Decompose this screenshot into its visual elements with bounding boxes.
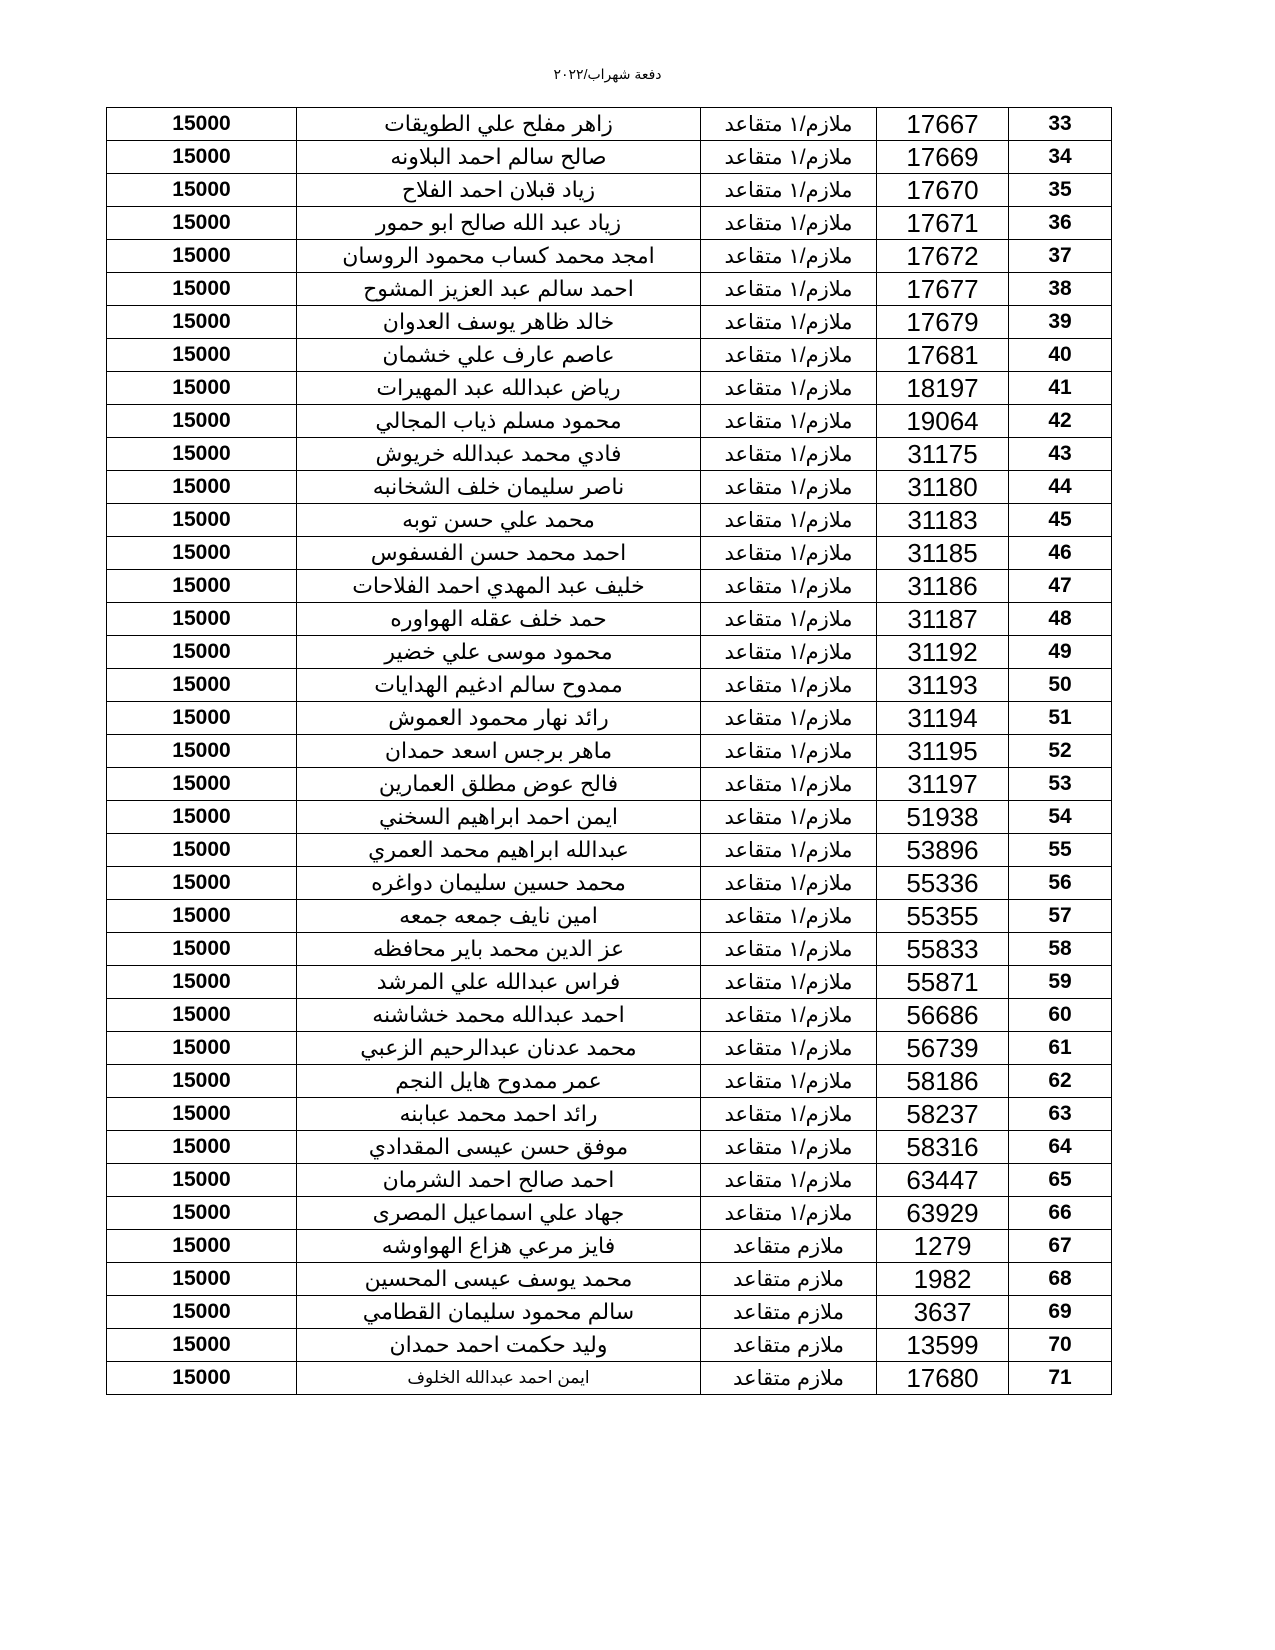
table-row: 15000فراس عبدالله علي المرشدملازم/١ متقا… (107, 966, 1112, 999)
amount-cell: 15000 (107, 1362, 297, 1395)
name-cell: حمد خلف عقله الهواوره (297, 603, 701, 636)
military-number-cell: 17681 (877, 339, 1009, 372)
military-number-cell: 17671 (877, 207, 1009, 240)
table-row: 15000ايمن احمد عبدالله الخلوفملازم متقاع… (107, 1362, 1112, 1395)
amount-cell: 15000 (107, 999, 297, 1032)
name-cell: عبدالله ابراهيم محمد العمري (297, 834, 701, 867)
table-row: 15000عمر ممدوح هايل النجمملازم/١ متقاعد5… (107, 1065, 1112, 1098)
name-cell: موفق حسن عيسى المقدادي (297, 1131, 701, 1164)
amount-cell: 15000 (107, 471, 297, 504)
name-cell: ماهر برجس اسعد حمدان (297, 735, 701, 768)
table-row: 15000جهاد علي اسماعيل المصرىملازم/١ متقا… (107, 1197, 1112, 1230)
rank-cell: ملازم/١ متقاعد (701, 240, 877, 273)
rank-cell: ملازم/١ متقاعد (701, 603, 877, 636)
amount-cell: 15000 (107, 1164, 297, 1197)
name-cell: فادي محمد عبدالله خريوش (297, 438, 701, 471)
military-number-cell: 63447 (877, 1164, 1009, 1197)
sequence-number-cell: 57 (1009, 900, 1112, 933)
table-row: 15000وليد حكمت احمد حمدانملازم متقاعد135… (107, 1329, 1112, 1362)
table-row: 15000محمد يوسف عيسى المحسينملازم متقاعد1… (107, 1263, 1112, 1296)
rank-cell: ملازم/١ متقاعد (701, 471, 877, 504)
name-cell: محمد عدنان عبدالرحيم الزعبي (297, 1032, 701, 1065)
military-number-cell: 31192 (877, 636, 1009, 669)
sequence-number-cell: 42 (1009, 405, 1112, 438)
name-cell: رياض عبدالله عبد المهيرات (297, 372, 701, 405)
sequence-number-cell: 49 (1009, 636, 1112, 669)
amount-cell: 15000 (107, 1032, 297, 1065)
rank-cell: ملازم متقاعد (701, 1362, 877, 1395)
rank-cell: ملازم/١ متقاعد (701, 438, 877, 471)
table-row: 15000زياد قبلان احمد الفلاحملازم/١ متقاع… (107, 174, 1112, 207)
name-cell: احمد سالم عبد العزيز المشوح (297, 273, 701, 306)
rank-cell: ملازم/١ متقاعد (701, 108, 877, 141)
name-cell: فراس عبدالله علي المرشد (297, 966, 701, 999)
table-row: 15000فادي محمد عبدالله خريوشملازم/١ متقا… (107, 438, 1112, 471)
amount-cell: 15000 (107, 1329, 297, 1362)
military-number-cell: 17672 (877, 240, 1009, 273)
military-number-cell: 56739 (877, 1032, 1009, 1065)
rank-cell: ملازم/١ متقاعد (701, 339, 877, 372)
rank-cell: ملازم/١ متقاعد (701, 702, 877, 735)
military-number-cell: 18197 (877, 372, 1009, 405)
name-cell: محمد يوسف عيسى المحسين (297, 1263, 701, 1296)
name-cell: رائد احمد محمد عبابنه (297, 1098, 701, 1131)
military-number-cell: 31195 (877, 735, 1009, 768)
military-number-cell: 31187 (877, 603, 1009, 636)
sequence-number-cell: 43 (1009, 438, 1112, 471)
military-number-cell: 55833 (877, 933, 1009, 966)
table-row: 15000ايمن احمد ابراهيم السخنيملازم/١ متق… (107, 801, 1112, 834)
amount-cell: 15000 (107, 702, 297, 735)
rank-cell: ملازم/١ متقاعد (701, 669, 877, 702)
table-row: 15000احمد محمد حسن الفسفوسملازم/١ متقاعد… (107, 537, 1112, 570)
table-row: 15000امين نايف جمعه جمعهملازم/١ متقاعد55… (107, 900, 1112, 933)
table-row: 15000امجد محمد كساب محمود الروسانملازم/١… (107, 240, 1112, 273)
amount-cell: 15000 (107, 636, 297, 669)
military-number-cell: 31175 (877, 438, 1009, 471)
sequence-number-cell: 58 (1009, 933, 1112, 966)
amount-cell: 15000 (107, 273, 297, 306)
rank-cell: ملازم/١ متقاعد (701, 1098, 877, 1131)
table-row: 15000احمد سالم عبد العزيز المشوحملازم/١ … (107, 273, 1112, 306)
sequence-number-cell: 52 (1009, 735, 1112, 768)
sequence-number-cell: 69 (1009, 1296, 1112, 1329)
rank-cell: ملازم/١ متقاعد (701, 900, 877, 933)
military-number-cell: 17670 (877, 174, 1009, 207)
rank-cell: ملازم/١ متقاعد (701, 735, 877, 768)
rank-cell: ملازم/١ متقاعد (701, 636, 877, 669)
name-cell: امجد محمد كساب محمود الروسان (297, 240, 701, 273)
amount-cell: 15000 (107, 900, 297, 933)
table-row: 15000فالح عوض مطلق العمارينملازم/١ متقاع… (107, 768, 1112, 801)
table-row: 15000محمد عدنان عبدالرحيم الزعبيملازم/١ … (107, 1032, 1112, 1065)
military-number-cell: 51938 (877, 801, 1009, 834)
sequence-number-cell: 53 (1009, 768, 1112, 801)
amount-cell: 15000 (107, 504, 297, 537)
table-row: 15000صالح سالم احمد البلاونهملازم/١ متقا… (107, 141, 1112, 174)
military-number-cell: 17679 (877, 306, 1009, 339)
page-title: دفعة شهراب/٢٠٢٢ (0, 66, 1215, 83)
table-row: 15000رائد نهار محمود العموشملازم/١ متقاع… (107, 702, 1112, 735)
amount-cell: 15000 (107, 966, 297, 999)
military-number-cell: 17680 (877, 1362, 1009, 1395)
table-row: 15000رائد احمد محمد عبابنهملازم/١ متقاعد… (107, 1098, 1112, 1131)
military-number-cell: 17669 (877, 141, 1009, 174)
rank-cell: ملازم متقاعد (701, 1329, 877, 1362)
name-cell: محمد علي حسن توبه (297, 504, 701, 537)
amount-cell: 15000 (107, 339, 297, 372)
amount-cell: 15000 (107, 306, 297, 339)
military-number-cell: 19064 (877, 405, 1009, 438)
amount-cell: 15000 (107, 1230, 297, 1263)
military-number-cell: 31186 (877, 570, 1009, 603)
sequence-number-cell: 67 (1009, 1230, 1112, 1263)
amount-cell: 15000 (107, 834, 297, 867)
military-number-cell: 31194 (877, 702, 1009, 735)
military-number-cell: 1982 (877, 1263, 1009, 1296)
amount-cell: 15000 (107, 867, 297, 900)
rank-cell: ملازم/١ متقاعد (701, 1065, 877, 1098)
table-row: 15000محمود مسلم ذياب المجاليملازم/١ متقا… (107, 405, 1112, 438)
amount-cell: 15000 (107, 768, 297, 801)
sequence-number-cell: 46 (1009, 537, 1112, 570)
amount-cell: 15000 (107, 372, 297, 405)
table-row: 15000موفق حسن عيسى المقداديملازم/١ متقاع… (107, 1131, 1112, 1164)
name-cell: ايمن احمد ابراهيم السخني (297, 801, 701, 834)
sequence-number-cell: 50 (1009, 669, 1112, 702)
amount-cell: 15000 (107, 1065, 297, 1098)
table-row: 15000عبدالله ابراهيم محمد العمريملازم/١ … (107, 834, 1112, 867)
name-cell: عز الدين محمد باير محافظه (297, 933, 701, 966)
military-number-cell: 31183 (877, 504, 1009, 537)
sequence-number-cell: 40 (1009, 339, 1112, 372)
sequence-number-cell: 68 (1009, 1263, 1112, 1296)
rank-cell: ملازم/١ متقاعد (701, 273, 877, 306)
sequence-number-cell: 56 (1009, 867, 1112, 900)
table-row: 15000زاهر مفلح علي الطويقاتملازم/١ متقاع… (107, 108, 1112, 141)
sequence-number-cell: 39 (1009, 306, 1112, 339)
military-number-cell: 55355 (877, 900, 1009, 933)
amount-cell: 15000 (107, 669, 297, 702)
amount-cell: 15000 (107, 438, 297, 471)
name-cell: رائد نهار محمود العموش (297, 702, 701, 735)
rank-cell: ملازم/١ متقاعد (701, 174, 877, 207)
military-number-cell: 31185 (877, 537, 1009, 570)
sequence-number-cell: 64 (1009, 1131, 1112, 1164)
name-cell: عاصم عارف علي خشمان (297, 339, 701, 372)
rank-cell: ملازم متقاعد (701, 1230, 877, 1263)
rank-cell: ملازم/١ متقاعد (701, 207, 877, 240)
amount-cell: 15000 (107, 1131, 297, 1164)
sequence-number-cell: 71 (1009, 1362, 1112, 1395)
name-cell: ناصر سليمان خلف الشخانبه (297, 471, 701, 504)
table-row: 15000رياض عبدالله عبد المهيراتملازم/١ مت… (107, 372, 1112, 405)
sequence-number-cell: 55 (1009, 834, 1112, 867)
rank-cell: ملازم/١ متقاعد (701, 306, 877, 339)
military-number-cell: 17677 (877, 273, 1009, 306)
sequence-number-cell: 60 (1009, 999, 1112, 1032)
name-cell: ممدوح سالم ادغيم الهدايات (297, 669, 701, 702)
amount-cell: 15000 (107, 570, 297, 603)
sequence-number-cell: 61 (1009, 1032, 1112, 1065)
table-row: 15000احمد صالح احمد الشرمانملازم/١ متقاع… (107, 1164, 1112, 1197)
roster-table: 15000زاهر مفلح علي الطويقاتملازم/١ متقاع… (106, 107, 1112, 1395)
name-cell: محمد حسين سليمان دواغره (297, 867, 701, 900)
table-row: 15000محمد علي حسن توبهملازم/١ متقاعد3118… (107, 504, 1112, 537)
amount-cell: 15000 (107, 108, 297, 141)
rank-cell: ملازم/١ متقاعد (701, 768, 877, 801)
military-number-cell: 17667 (877, 108, 1009, 141)
table-row: 15000ماهر برجس اسعد حمدانملازم/١ متقاعد3… (107, 735, 1112, 768)
rank-cell: ملازم/١ متقاعد (701, 966, 877, 999)
sequence-number-cell: 59 (1009, 966, 1112, 999)
table-row: 15000حمد خلف عقله الهواورهملازم/١ متقاعد… (107, 603, 1112, 636)
military-number-cell: 53896 (877, 834, 1009, 867)
rank-cell: ملازم متقاعد (701, 1296, 877, 1329)
rank-cell: ملازم/١ متقاعد (701, 1032, 877, 1065)
sequence-number-cell: 38 (1009, 273, 1112, 306)
amount-cell: 15000 (107, 1263, 297, 1296)
amount-cell: 15000 (107, 1197, 297, 1230)
military-number-cell: 31197 (877, 768, 1009, 801)
sequence-number-cell: 63 (1009, 1098, 1112, 1131)
sequence-number-cell: 65 (1009, 1164, 1112, 1197)
sequence-number-cell: 47 (1009, 570, 1112, 603)
amount-cell: 15000 (107, 1296, 297, 1329)
rank-cell: ملازم متقاعد (701, 1263, 877, 1296)
name-cell: محمود مسلم ذياب المجالي (297, 405, 701, 438)
rank-cell: ملازم/١ متقاعد (701, 867, 877, 900)
rank-cell: ملازم/١ متقاعد (701, 141, 877, 174)
name-cell: فالح عوض مطلق العمارين (297, 768, 701, 801)
table-row: 15000محمد حسين سليمان دواغرهملازم/١ متقا… (107, 867, 1112, 900)
sequence-number-cell: 37 (1009, 240, 1112, 273)
sequence-number-cell: 70 (1009, 1329, 1112, 1362)
rank-cell: ملازم/١ متقاعد (701, 405, 877, 438)
military-number-cell: 31193 (877, 669, 1009, 702)
rank-cell: ملازم/١ متقاعد (701, 834, 877, 867)
table-row: 15000فايز مرعي هزاع الهواوشهملازم متقاعد… (107, 1230, 1112, 1263)
military-number-cell: 63929 (877, 1197, 1009, 1230)
sequence-number-cell: 36 (1009, 207, 1112, 240)
sequence-number-cell: 51 (1009, 702, 1112, 735)
name-cell: فايز مرعي هزاع الهواوشه (297, 1230, 701, 1263)
military-number-cell: 58316 (877, 1131, 1009, 1164)
rank-cell: ملازم/١ متقاعد (701, 933, 877, 966)
amount-cell: 15000 (107, 240, 297, 273)
military-number-cell: 58237 (877, 1098, 1009, 1131)
name-cell: زياد قبلان احمد الفلاح (297, 174, 701, 207)
name-cell: عمر ممدوح هايل النجم (297, 1065, 701, 1098)
amount-cell: 15000 (107, 141, 297, 174)
sequence-number-cell: 41 (1009, 372, 1112, 405)
rank-cell: ملازم/١ متقاعد (701, 537, 877, 570)
name-cell: صالح سالم احمد البلاونه (297, 141, 701, 174)
name-cell: خالد ظاهر يوسف العدوان (297, 306, 701, 339)
amount-cell: 15000 (107, 933, 297, 966)
amount-cell: 15000 (107, 1098, 297, 1131)
sequence-number-cell: 44 (1009, 471, 1112, 504)
military-number-cell: 58186 (877, 1065, 1009, 1098)
name-cell: احمد عبدالله محمد خشاشنه (297, 999, 701, 1032)
rank-cell: ملازم/١ متقاعد (701, 504, 877, 537)
military-number-cell: 31180 (877, 471, 1009, 504)
sequence-number-cell: 35 (1009, 174, 1112, 207)
amount-cell: 15000 (107, 801, 297, 834)
name-cell: خليف عبد المهدي احمد الفلاحات (297, 570, 701, 603)
name-cell: جهاد علي اسماعيل المصرى (297, 1197, 701, 1230)
military-number-cell: 1279 (877, 1230, 1009, 1263)
sequence-number-cell: 66 (1009, 1197, 1112, 1230)
military-number-cell: 55336 (877, 867, 1009, 900)
rank-cell: ملازم/١ متقاعد (701, 1164, 877, 1197)
name-cell: ايمن احمد عبدالله الخلوف (297, 1362, 701, 1395)
name-cell: سالم محمود سليمان القطامي (297, 1296, 701, 1329)
sequence-number-cell: 54 (1009, 801, 1112, 834)
name-cell: امين نايف جمعه جمعه (297, 900, 701, 933)
rank-cell: ملازم/١ متقاعد (701, 801, 877, 834)
rank-cell: ملازم/١ متقاعد (701, 1131, 877, 1164)
rank-cell: ملازم/١ متقاعد (701, 1197, 877, 1230)
name-cell: احمد صالح احمد الشرمان (297, 1164, 701, 1197)
amount-cell: 15000 (107, 174, 297, 207)
sequence-number-cell: 62 (1009, 1065, 1112, 1098)
military-number-cell: 3637 (877, 1296, 1009, 1329)
table-row: 15000سالم محمود سليمان القطاميملازم متقا… (107, 1296, 1112, 1329)
table-row: 15000خالد ظاهر يوسف العدوانملازم/١ متقاع… (107, 306, 1112, 339)
amount-cell: 15000 (107, 735, 297, 768)
name-cell: احمد محمد حسن الفسفوس (297, 537, 701, 570)
table-row: 15000محمود موسى علي خضيرملازم/١ متقاعد31… (107, 636, 1112, 669)
sequence-number-cell: 34 (1009, 141, 1112, 174)
amount-cell: 15000 (107, 603, 297, 636)
rank-cell: ملازم/١ متقاعد (701, 570, 877, 603)
amount-cell: 15000 (107, 405, 297, 438)
name-cell: زاهر مفلح علي الطويقات (297, 108, 701, 141)
sequence-number-cell: 48 (1009, 603, 1112, 636)
name-cell: محمود موسى علي خضير (297, 636, 701, 669)
roster-body: 15000زاهر مفلح علي الطويقاتملازم/١ متقاع… (107, 108, 1112, 1395)
table-row: 15000خليف عبد المهدي احمد الفلاحاتملازم/… (107, 570, 1112, 603)
table-row: 15000ناصر سليمان خلف الشخانبهملازم/١ متق… (107, 471, 1112, 504)
table-row: 15000عز الدين محمد باير محافظهملازم/١ مت… (107, 933, 1112, 966)
table-row: 15000احمد عبدالله محمد خشاشنهملازم/١ متق… (107, 999, 1112, 1032)
amount-cell: 15000 (107, 207, 297, 240)
military-number-cell: 55871 (877, 966, 1009, 999)
table-row: 15000ممدوح سالم ادغيم الهداياتملازم/١ مت… (107, 669, 1112, 702)
table-row: 15000عاصم عارف علي خشمانملازم/١ متقاعد17… (107, 339, 1112, 372)
sequence-number-cell: 33 (1009, 108, 1112, 141)
sequence-number-cell: 45 (1009, 504, 1112, 537)
name-cell: وليد حكمت احمد حمدان (297, 1329, 701, 1362)
rank-cell: ملازم/١ متقاعد (701, 372, 877, 405)
military-number-cell: 56686 (877, 999, 1009, 1032)
military-number-cell: 13599 (877, 1329, 1009, 1362)
rank-cell: ملازم/١ متقاعد (701, 999, 877, 1032)
amount-cell: 15000 (107, 537, 297, 570)
name-cell: زياد عبد الله صالح ابو حمور (297, 207, 701, 240)
table-row: 15000زياد عبد الله صالح ابو حمورملازم/١ … (107, 207, 1112, 240)
